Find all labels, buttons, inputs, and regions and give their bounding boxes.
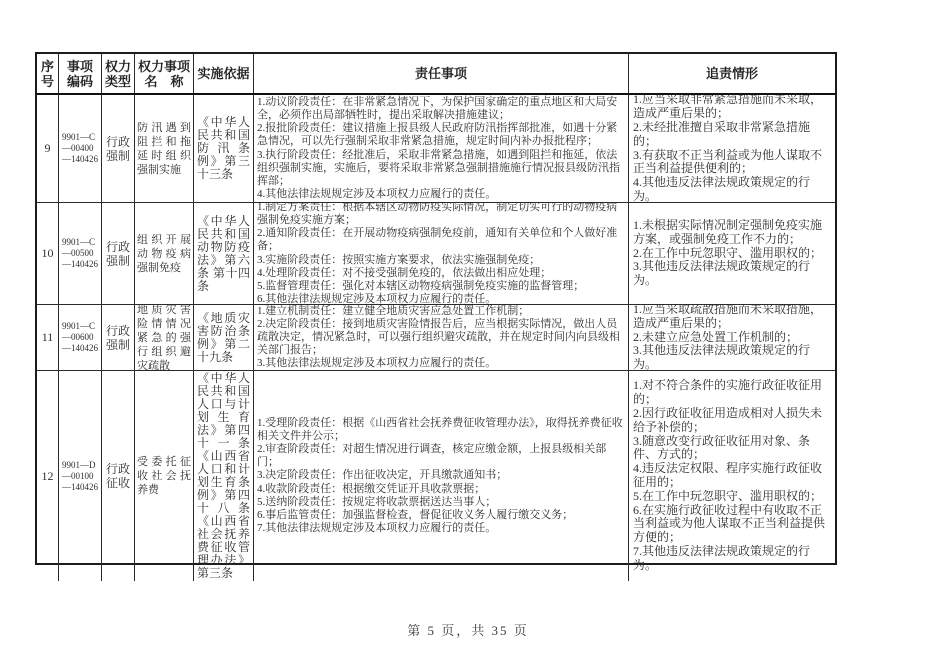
power-responsibility-table: 序 号 事项 编码 权力 类型 权力事项 名 称 实施依据 责任事项 追责情形 … bbox=[35, 52, 837, 565]
cell-seq: 11 bbox=[37, 305, 59, 370]
cell-legal-basis: 《地质灾害防治条例》第二十九条 bbox=[194, 305, 254, 370]
cell-power-type: 行政 强制 bbox=[102, 95, 135, 202]
cell-legal-basis: 《中华人民共和国动物防疫法》第六条 第十四条 bbox=[194, 203, 254, 304]
cell-legal-basis: 《中华人民共和国防汛条例》第三十三条 bbox=[194, 95, 254, 202]
cell-legal-basis: 《中华人民共和国人口与计划生育法》第四十一条 《山西省人口和计划生育条例》第四十… bbox=[194, 371, 254, 581]
legal-basis-text: 《中华人民共和国人口与计划生育法》第四十一条 《山西省人口和计划生育条例》第四十… bbox=[197, 372, 250, 580]
duty-items-text: 1.制定方案责任：根据本辖区动物防疫实际情况，制定切实可行的动物疫病强制免疫实施… bbox=[257, 203, 625, 304]
cell-power-type: 行政 征收 bbox=[102, 371, 135, 581]
cell-duty-items: 1.建立机制责任：建立健全地质灾害应急处置工作机制； 2.决定阶段责任：接到地质… bbox=[254, 305, 629, 370]
cell-power-type: 行政 强制 bbox=[102, 203, 135, 304]
header-name: 权力事项 名 称 bbox=[135, 54, 194, 93]
cell-power-type: 行政 强制 bbox=[102, 305, 135, 370]
legal-basis-text: 《地质灾害防治条例》第二十九条 bbox=[197, 312, 250, 364]
power-name-text: 组织开展动物疫病强制免疫 bbox=[137, 233, 191, 275]
header-basis: 实施依据 bbox=[194, 54, 254, 93]
header-code: 事项 编码 bbox=[59, 54, 102, 93]
table-header-row: 序 号 事项 编码 权力 类型 权力事项 名 称 实施依据 责任事项 追责情形 bbox=[37, 54, 835, 95]
power-name-text: 地质灾害险情情况紧急的强行组织避灾疏散 bbox=[137, 305, 191, 370]
accountability-text: 1.未根据实际情况制定强制免疫实施方案，或强制免疫工作不力的； 2.在工作中玩忽… bbox=[633, 219, 831, 288]
cell-accountability: 1.对不符合条件的实施行政征收征用的； 2.因行政征收征用造成相对人损失未给予补… bbox=[629, 371, 835, 581]
table-row: 11 9901—C —00600 —140426 行政 强制 地质灾害险情情况紧… bbox=[37, 305, 835, 371]
cell-duty-items: 1.动议阶段责任：在非常紧急情况下，为保护国家确定的重点地区和大局安全，必须作出… bbox=[254, 95, 629, 202]
cell-seq: 12 bbox=[37, 371, 59, 581]
cell-item-code: 9901—C —00400 —140426 bbox=[59, 95, 102, 202]
legal-basis-text: 《中华人民共和国防汛条例》第三十三条 bbox=[197, 116, 250, 181]
cell-item-code: 9901—C —00600 —140426 bbox=[59, 305, 102, 370]
cell-accountability: 1.未根据实际情况制定强制免疫实施方案，或强制免疫工作不力的； 2.在工作中玩忽… bbox=[629, 203, 835, 304]
cell-accountability: 1.应当采取非常紧急措施而未采取，造成严重后果的； 2.未经批准擅自采取非常紧急… bbox=[629, 95, 835, 202]
table-row: 10 9901—C —00500 —140426 行政 强制 组织开展动物疫病强… bbox=[37, 203, 835, 305]
table-row: 9 9901—C —00400 —140426 行政 强制 防汛遇到阻拦和拖延时… bbox=[37, 95, 835, 203]
power-name-text: 防汛遇到阻拦和拖延时组织强制实施 bbox=[137, 121, 191, 177]
cell-duty-items: 1.受理阶段责任：根据《山西省社会抚养费征收管理办法》，取得抚养费征收相关文件并… bbox=[254, 371, 629, 581]
cell-seq: 10 bbox=[37, 203, 59, 304]
cell-power-name: 组织开展动物疫病强制免疫 bbox=[135, 203, 194, 304]
cell-power-name: 受委托征收社会抚养费 bbox=[135, 371, 194, 581]
cell-item-code: 9901—C —00500 —140426 bbox=[59, 203, 102, 304]
cell-duty-items: 1.制定方案责任：根据本辖区动物防疫实际情况，制定切实可行的动物疫病强制免疫实施… bbox=[254, 203, 629, 304]
header-duty: 责任事项 bbox=[254, 54, 629, 93]
page-number-footer: 第 5 页，共 35 页 bbox=[0, 620, 936, 639]
duty-items-text: 1.动议阶段责任：在非常紧急情况下，为保护国家确定的重点地区和大局安全，必须作出… bbox=[257, 96, 625, 202]
duty-items-text: 1.受理阶段责任：根据《山西省社会抚养费征收管理办法》，取得抚养费征收相关文件并… bbox=[257, 417, 625, 536]
legal-basis-text: 《中华人民共和国动物防疫法》第六条 第十四条 bbox=[197, 215, 250, 293]
header-type: 权力 类型 bbox=[102, 54, 135, 93]
duty-items-text: 1.建立机制责任：建立健全地质灾害应急处置工作机制； 2.决定阶段责任：接到地质… bbox=[257, 305, 625, 370]
cell-power-name: 地质灾害险情情况紧急的强行组织避灾疏散 bbox=[135, 305, 194, 370]
cell-power-name: 防汛遇到阻拦和拖延时组织强制实施 bbox=[135, 95, 194, 202]
table-row: 12 9901—D —00100 —140426 行政 征收 受委托征收社会抚养… bbox=[37, 371, 835, 563]
cell-accountability: 1.应当采取疏散措施而未采取措施，造成严重后果的； 2.未建立应急处置工作机制的… bbox=[629, 305, 835, 370]
scanned-power-list-page: { "table": { "headers": { "seq": "序\n号",… bbox=[0, 0, 936, 662]
accountability-text: 1.应当采取非常紧急措施而未采取，造成严重后果的； 2.未经批准擅自采取非常紧急… bbox=[633, 95, 831, 202]
cell-item-code: 9901—D —00100 —140426 bbox=[59, 371, 102, 581]
power-name-text: 受委托征收社会抚养费 bbox=[137, 455, 191, 497]
header-accountability: 追责情形 bbox=[629, 54, 835, 93]
accountability-text: 1.对不符合条件的实施行政征收征用的； 2.因行政征收征用造成相对人损失未给予补… bbox=[633, 379, 831, 572]
accountability-text: 1.应当采取疏散措施而未采取措施，造成严重后果的； 2.未建立应急处置工作机制的… bbox=[633, 305, 831, 370]
cell-seq: 9 bbox=[37, 95, 59, 202]
header-seq: 序 号 bbox=[37, 54, 59, 93]
